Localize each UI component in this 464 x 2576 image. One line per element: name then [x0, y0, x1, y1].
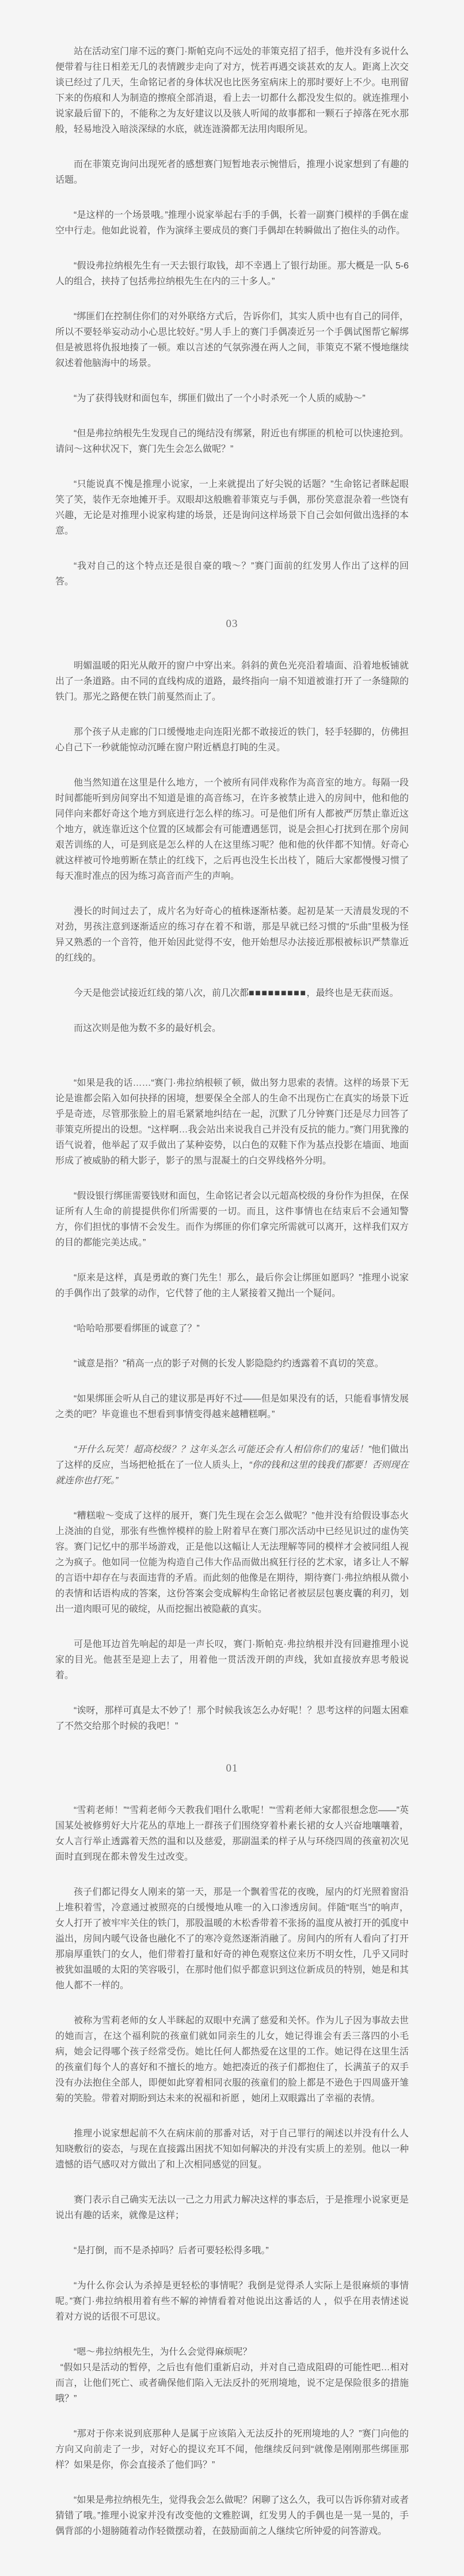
paragraph: 而在菲策克询问出现死者的感想赛门短暂地表示惋惜后，推理小说家想到了有趣的话题。 — [55, 157, 409, 188]
text-run: “但是弗拉纳根先生发现自己的绳结没有绑紧，附近也有绑匪的机枪可以快速抢到。请问～… — [55, 429, 409, 454]
text-run: “为什么你会认为杀掉是更轻松的事情呢？我倒是觉得杀人实际上是很麻烦的事情呢。”赛… — [55, 2281, 409, 2322]
text-run: “我对自己的这个特点还是很自豪的哦～？”赛门面前的红发男人作出了这样的回答。 — [55, 561, 409, 587]
paragraph: “如果绑匪会听从自己的建议那是再好不过——但是如果没有的话，只能看事情发展之类的… — [55, 1391, 409, 1422]
text-run: 站在活动室门扉不远的赛门·斯帕克向不远处的菲策克招了招手，他并没有多说什么便带着… — [55, 47, 409, 134]
paragraph: “为什么你会认为杀掉是更轻松的事情呢？我倒是觉得杀人实际上是很麻烦的事情呢。”赛… — [55, 2278, 409, 2325]
paragraph: “假如只是活动的暂停，之后也有他们重新启动，并对自己造成阻碍的可能性吧…相对而言… — [55, 2360, 409, 2407]
text-run: 孩子们都记得女人刚来的第一天，那是一个飘着雪花的夜晚，屋内的灯光照着窗沿上堆积着… — [55, 1887, 409, 1990]
text-run: 今天是他尝试接近红线的第八次，前几次都 — [74, 988, 249, 998]
text-run: “假设弗拉纳根先生有一天去银行取钱，却不幸遇上了银行劫匪。那大概是一队 5-6 … — [55, 261, 409, 286]
paragraph: “嗯～弗拉纳根先生，为什么会觉得麻烦呢？ — [55, 2344, 409, 2360]
text-run: “糟糕啦～变成了这样的展开，赛门先生现在会怎么做呢？”他并没有给假设事态火上浇油… — [55, 1511, 409, 1614]
text-run: “哈哈哈那要看绑匪的诚意了？” — [74, 1324, 200, 1334]
paragraph: 孩子们都记得女人刚来的第一天，那是一个飘着雪花的夜晚，屋内的灯光照着窗沿上堆积着… — [55, 1884, 409, 1993]
text-run: “为了获得钱财和面包车，绑匪们做出了一个小时杀死一个人质的威胁～” — [74, 394, 366, 403]
paragraph: “是打倒，而不是杀掉吗？后者可要轻松得多哦。” — [55, 2243, 409, 2258]
paragraph: “哈哈哈那要看绑匪的诚意了？” — [55, 1321, 409, 1336]
section-number: 03 — [55, 616, 409, 632]
text-run: “绑匪们在控制住你们的对外联络方式后，告诉你们，其实人质中也有自己的同伴，所以不… — [55, 312, 409, 368]
section-number: 01 — [55, 1761, 409, 1776]
italic-quote: “开什么玩笑！超高校级？？这年头怎么可能还会有人相信你们的鬼话！” — [74, 1445, 371, 1455]
text-run: 漫长的时间过去了，成片名为好奇心的植株逐渐枯萎。起初是某一天清晨发现的不对劲，男… — [55, 906, 409, 963]
text-run: 推理小说家想起前不久在病床前的那番对话，对于自己罪行的阐述以并没有什么人知晓敷衍… — [55, 2129, 409, 2170]
text-run: “如果绑匪会听从自己的建议那是再好不过——但是如果没有的话，只能看事情发展之类的… — [55, 1394, 409, 1419]
paragraph: “绑匪们在控制住你们的对外联络方式后，告诉你们，其实人质中也有自己的同伴，所以不… — [55, 309, 409, 371]
text-run: ，最终也是无获而返。 — [307, 988, 399, 998]
paragraph: “如果是弗拉纳根先生，觉得我会怎么做呢？闲聊了这么久，我可以告诉你猜对或者猜错了… — [55, 2492, 409, 2539]
text-run: “只能说真不愧是推理小说家，一上来就提出了好尖锐的话题？”生命铭记者眯起眼笑了笑… — [55, 479, 409, 536]
novel-page: { "page": { "background_color": "#f5f5f5… — [0, 0, 464, 2576]
text-run: “是打倒，而不是杀掉吗？后者可要轻松得多哦。” — [74, 2246, 269, 2256]
text-run: “那对于你来说到底那种人是属于应该陷入无法反扑的死刑境地的人？”赛门向他的方向又… — [55, 2429, 409, 2470]
text-run: 被称为雪莉老师的女人半眯起的双眼中充满了慈爱和关怀。作为儿子因为事故去世的她而言… — [55, 2016, 409, 2103]
paragraph: 推理小说家想起前不久在病床前的那番对话，对于自己罪行的阐述以并没有什么人知晓敷衍… — [55, 2126, 409, 2173]
paragraph: “诶呀，那样可真是太不妙了！那个时候我该怎么办好呢！？思考这样的问题太困难了不然… — [55, 1703, 409, 1734]
paragraph: 他当然知道在这里是什么地方，一个被所有同伴戏称作为高音室的地方。每隔一段时间都能… — [55, 775, 409, 884]
paragraph: “如果是我的话……“赛门·弗拉纳根顿了顿，做出努力思索的表情。这样的场景下无论是… — [55, 1075, 409, 1169]
censored-text: ■■■■■■■■■ — [249, 988, 306, 998]
text-run: “假设银行绑匪需要钱财和面包，生命铭记者会以元超高校级的身份作为担保，在保证所有… — [55, 1191, 409, 1248]
text-run: 明媚温暖的阳光从敞开的窗户中穿出来。斜斜的黄色光亮沿着墙面、沿着地板铺就出了一条… — [55, 661, 409, 702]
paragraph: 而这次则是他为数不多的最好机会。 — [55, 1021, 409, 1036]
text-run: “是这样的一个场景哦。”推理小说家举起右手的手偶，长着一副赛门模样的手偶在虚空中… — [55, 210, 409, 236]
paragraph: 站在活动室门扉不远的赛门·斯帕克向不远处的菲策克招了招手，他并没有多说什么便带着… — [55, 44, 409, 137]
text-run: 他当然知道在这里是什么地方，一个被所有同伴戏称作为高音室的地方。每隔一段时间都能… — [55, 778, 409, 881]
text-run: 赛门表示自己确实无法以一己之力用武力解决这样的事态后，于是推理小说家更是说出有趣… — [55, 2195, 409, 2220]
text-run: 而这次则是他为数不多的最好机会。 — [74, 1023, 221, 1033]
paragraph: “糟糕啦～变成了这样的展开，赛门先生现在会怎么做呢？”他并没有给假设事态火上浇油… — [55, 1508, 409, 1617]
paragraph: “为了获得钱财和面包车，绑匪们做出了一个小时杀死一个人质的威胁～” — [55, 391, 409, 406]
paragraph: 赛门表示自己确实无法以一己之力用武力解决这样的事态后，于是推理小说家更是说出有趣… — [55, 2192, 409, 2223]
paragraph: 漫长的时间过去了，成片名为好奇心的植株逐渐枯萎。起初是某一天清晨发现的不对劲，男… — [55, 904, 409, 966]
paragraph: “原来是这样，真是勇敢的赛门先生！那么，最后你会让绑匪如愿吗？”推理小说家的手偶… — [55, 1270, 409, 1301]
text-run: “雪莉老师！”“雪莉老师今天教我们唱什么歌呢！”“雪莉老师大家都很想念您——”英… — [55, 1806, 409, 1862]
text-run: “如果是弗拉纳根先生，觉得我会怎么做呢？闲聊了这么久，我可以告诉你猜对或者猜错了… — [55, 2495, 409, 2536]
text-run: “诚意是指？”稍高一点的影子对侧的长发人影隐隐约约透露着不真切的笑意。 — [74, 1359, 384, 1369]
text-run: “嗯～弗拉纳根先生，为什么会觉得麻烦呢？ — [74, 2347, 252, 2357]
paragraph: “假设弗拉纳根先生有一天去银行取钱，却不幸遇上了银行劫匪。那大概是一队 5-6 … — [55, 258, 409, 289]
paragraph: “诚意是指？”稍高一点的影子对侧的长发人影隐隐约约透露着不真切的笑意。 — [55, 1356, 409, 1372]
paragraph: 那个孩子从走廊的门口缓慢地走向连阳光都不敢接近的铁门，轻手轻脚的，仿佛担心自己下… — [55, 724, 409, 756]
text-run: “原来是这样，真是勇敢的赛门先生！那么，最后你会让绑匪如愿吗？”推理小说家的手偶… — [55, 1273, 409, 1298]
text-run: 那个孩子从走廊的门口缓慢地走向连阳光都不敢接近的铁门，轻手轻脚的，仿佛担心自己下… — [55, 727, 409, 753]
text-run: “如果是我的话……“赛门·弗拉纳根顿了顿，做出努力思索的表情。这样的场景下无论是… — [55, 1078, 409, 1166]
text-run: 可是他耳边首先响起的却是一声长叹，赛门·斯帕克·弗拉纳根并没有回避推理小说家的目… — [55, 1640, 409, 1680]
paragraph: 可是他耳边首先响起的却是一声长叹，赛门·斯帕克·弗拉纳根并没有回避推理小说家的目… — [55, 1637, 409, 1683]
paragraph: “假设银行绑匪需要钱财和面包，生命铭记者会以元超高校级的身份作为担保，在保证所有… — [55, 1188, 409, 1251]
paragraph: 被称为雪莉老师的女人半眯起的双眼中充满了慈爱和关怀。作为儿子因为事故去世的她而言… — [55, 2013, 409, 2106]
paragraph: 明媚温暖的阳光从敞开的窗户中穿出来。斜斜的黄色光亮沿着墙面、沿着地板铺就出了一条… — [55, 658, 409, 705]
text-run: “诶呀，那样可真是太不妙了！那个时候我该怎么办好呢！？思考这样的问题太困难了不然… — [55, 1706, 409, 1731]
text-run: “假如只是活动的暂停，之后也有他们重新启动，并对自己造成阻碍的可能性吧…相对而言… — [55, 2363, 409, 2404]
paragraph: “我对自己的这个特点还是很自豪的哦～？”赛门面前的红发男人作出了这样的回答。 — [55, 558, 409, 590]
novel-text: 站在活动室门扉不远的赛门·斯帕克向不远处的菲策克招了招手，他并没有多说什么便带着… — [55, 0, 409, 2576]
text-run: 而在菲策克询问出现死者的感想赛门短暂地表示惋惜后，推理小说家想到了有趣的话题。 — [55, 160, 409, 185]
paragraph: 今天是他尝试接近红线的第八次，前几次都■■■■■■■■■，最终也是无获而返。 — [55, 985, 409, 1001]
paragraph: “是这样的一个场景哦。”推理小说家举起右手的手偶，长着一副赛门模样的手偶在虚空中… — [55, 207, 409, 239]
paragraph: “开什么玩笑！超高校级？？这年头怎么可能还会有人相信你们的鬼话！”他们做出了这样… — [55, 1442, 409, 1489]
paragraph: “雪莉老师！”“雪莉老师今天教我们唱什么歌呢！”“雪莉老师大家都很想念您——”英… — [55, 1803, 409, 1865]
paragraph: “但是弗拉纳根先生发现自己的绳结没有绑紧，附近也有绑匪的机枪可以快速抢到。请问～… — [55, 426, 409, 457]
paragraph: “那对于你来说到底那种人是属于应该陷入无法反扑的死刑境地的人？”赛门向他的方向又… — [55, 2426, 409, 2473]
paragraph: “只能说真不愧是推理小说家，一上来就提出了好尖锐的话题？”生命铭记者眯起眼笑了笑… — [55, 477, 409, 539]
